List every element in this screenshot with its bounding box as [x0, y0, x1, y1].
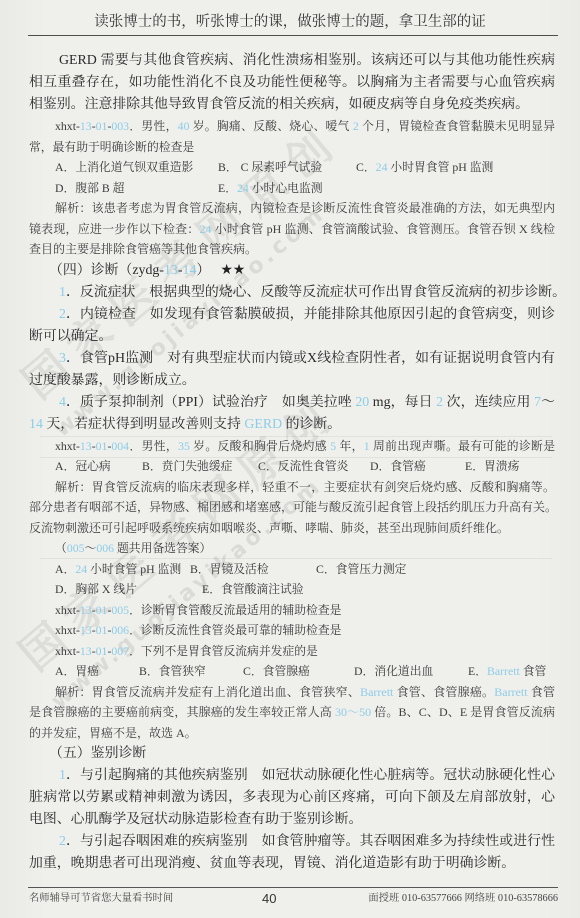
text-run: A．胃癌: [55, 664, 99, 678]
diagnosis-item: 1．反流症状 根据典型的烧心、反酸等反流症状可作出胃食管反流病的初步诊断。: [29, 282, 555, 304]
highlight-number: 1: [59, 768, 66, 783]
text-run: C．反流性食管炎: [258, 459, 348, 473]
question-stem: xhxt-13-01-006．诊断反流性食管炎最可靠的辅助检查是: [29, 620, 555, 641]
option-c: C．食管压力测定: [316, 559, 406, 580]
option-b: B．贲门失弛缓症: [142, 456, 232, 477]
differential-item: 2．与引起吞咽困难的疾病鉴别 如食管肿瘤等。其吞咽困难多为持续性或进行性: [29, 831, 555, 853]
analysis-line: 解析：胃食管反流病的临床表现多样，轻重不一，主要症状有剑突后烧灼感、反酸和胸痛等…: [29, 477, 555, 498]
text-run: ．内镜检查 如发现有食管黏膜破损，并能排除其他原因引起的食管病变，则诊: [66, 307, 555, 322]
text-run: xhxt-: [55, 623, 80, 637]
question-stem: 常，最有助于明确诊断的检查是: [29, 137, 555, 158]
section-heading-diagnosis: （四）诊断（zydg-13-14）★★: [29, 260, 555, 282]
text-run: ．与引起吞咽困难的疾病鉴别 如食管肿瘤等。其吞咽困难多为持续性或进行性: [66, 834, 555, 849]
highlight-number: 2: [59, 307, 66, 322]
differential-item-cont: 加重，晚期患者可出现消瘦、贫血等表现，胃镜、消化道造影有助于明确诊断。: [29, 853, 555, 875]
text-run: 小时心电监测: [249, 181, 323, 195]
text-run: B．贲门失弛缓症: [142, 459, 232, 473]
text-run: xhxt-: [55, 439, 80, 453]
text-run: 电图、心肌酶学及冠状动脉造影检查有助于鉴别诊断。: [29, 812, 362, 827]
text-run: 常，最有助于明确诊断的检查是: [29, 140, 194, 154]
option-e: E．Barrett 食管: [468, 661, 546, 682]
text-run: 次，连续应用: [443, 395, 534, 410]
footer-contact: 面授班 010-63577666 网络班 010-63578666: [368, 892, 558, 906]
diagnosis-item: 4．质子泵抑制剂（PPI）试验治疗 如奥美拉唑 20 mg，每日 2 次，连续应…: [29, 392, 555, 414]
highlight-number: Barrett: [494, 685, 527, 699]
footer-slogan: 名师辅导可节省您大量看书时间: [29, 892, 173, 906]
section-heading-text: （四）诊断（zydg-13-14）: [49, 263, 210, 278]
page-number: 40: [262, 891, 276, 906]
text-run: D．胸部 X 线片: [55, 582, 137, 596]
text-run: B．胃镜及活检: [190, 562, 269, 576]
text-run: 过度酸暴露，则诊断成立。: [29, 373, 196, 388]
text-run: ～: [85, 541, 97, 555]
option-e: E．24 小时心电监测: [218, 178, 323, 199]
highlight-number: 40: [178, 119, 190, 133]
text-run: 解析：该患者考虑为胃食管反流病，内镜检查是诊断反流性食管炎最准确的方法，如无典型…: [55, 201, 555, 215]
option-row: D．胸部 X 线片 E．食管酸滴注试验: [29, 579, 555, 600]
option-row: A．冠心病 B．贲门失弛缓症 C．反流性食管炎 D．食管癌 E．胃溃疡: [29, 456, 555, 477]
text-run: 周前出现声嘶。最有可能的诊断是: [370, 439, 555, 453]
shared-options-title: （005～006 题共用备选答案）: [29, 538, 555, 559]
text-run: ．质子泵抑制剂（PPI）试验治疗 如奥美拉唑: [66, 395, 355, 410]
text-run: xhxt-: [55, 644, 80, 658]
highlight-number: 01: [96, 119, 108, 133]
highlight-number: 7: [534, 395, 541, 410]
text-run: 岁。胸痛、反酸、烧心、嗳气: [189, 119, 352, 133]
analysis-line: 查目的主要是排除食管癌等其他食管疾病。: [29, 239, 555, 260]
text-run: 食管: [520, 664, 547, 678]
question-stem: xhxt-13-01-003．男性，40 岁。胸痛、反酸、烧心、嗳气 2 个月，…: [29, 116, 555, 137]
highlight-number: 01: [96, 623, 108, 637]
paragraph-line: 相鉴别。注意排除其他导致胃食管反流的相关疾病，如硬皮病等自身免疫类疾病。: [29, 94, 555, 116]
analysis-line: 反流物刺激还可引起呼吸系统疾病如咽喉炎、声嘶、哮喘、肺炎，甚至出现肺间质纤维化。: [29, 518, 555, 539]
diagnosis-item: 3．食管pH监测 对有典型症状而内镜或X线检查阴性者，如有证据说明食管内有: [29, 348, 555, 370]
text-run: B．食管狭窄: [139, 664, 206, 678]
highlight-number: 13: [80, 644, 92, 658]
text-run: D．腹部 B 超: [55, 181, 124, 195]
analysis-line: 镜表现，应进一步作以下检查：24 小时食管 pH 监测、食管滴酸试验、食管测压。…: [29, 219, 555, 240]
highlight-number: 24: [376, 160, 388, 174]
option-d: D．腹部 B 超: [55, 178, 124, 199]
option-row: A．24 小时食管 pH 监测 B．胃镜及活检 C．食管压力测定: [29, 559, 555, 580]
text-run: 断可以确定。: [29, 329, 112, 344]
highlight-number: 005: [67, 541, 85, 555]
highlight-number: 24: [75, 562, 87, 576]
analysis-line: 解析：该患者考虑为胃食管反流病，内镜检查是诊断反流性食管炎最准确的方法，如无典型…: [29, 198, 555, 219]
text-run: ．反流症状 根据典型的烧心、反酸等反流症状可作出胃食管反流病的初步诊断。: [66, 285, 566, 300]
option-b: B．食管狭窄: [139, 661, 206, 682]
text-run: 个月，胃镜检查食管黏膜未见明显异: [359, 119, 555, 133]
option-b: B．胃镜及活检: [190, 559, 269, 580]
text-run: ．诊断胃食管酸反流最适用的辅助检查是: [129, 603, 341, 617]
text-run: 是食管腺癌的主要癌前病变，其腺癌的发生率较正常人高: [29, 705, 335, 719]
option-e: E．食管酸滴注试验: [202, 579, 304, 600]
highlight-number: 13: [80, 439, 92, 453]
highlight-number: 20: [355, 395, 369, 410]
option-a: A．胃癌: [55, 661, 99, 682]
highlight-number: 003: [111, 119, 129, 133]
text-run: B．: [218, 160, 238, 174]
text-run: 查目的主要是排除食管癌等其他食管疾病。: [29, 242, 257, 256]
text-run: 倍。B、C、D、E 是胃食管反流病: [371, 705, 555, 719]
text-run: 脏病常以劳累或精神刺激为诱因，多表现为心前区疼痛，可向下颌及左肩部放射，心: [29, 790, 555, 805]
analysis-line: 的并发症，胃癌不是，故选 A。: [29, 723, 555, 744]
highlight-number: 006: [111, 623, 129, 637]
highlight-number: 13: [164, 263, 178, 278]
option-c: C．食管腺癌: [243, 661, 310, 682]
footer-rule: [28, 887, 558, 888]
analysis-line: 解析：胃食管反流病并发症有上消化道出血、食管狭窄、Barrett 食管、食管腺癌…: [29, 682, 555, 703]
highlight-number: 24: [237, 181, 249, 195]
question-stem: xhxt-13-01-005．诊断胃食管酸反流最适用的辅助检查是: [29, 600, 555, 621]
text-run: xhxt-: [55, 603, 80, 617]
text-run: E．食管酸滴注试验: [202, 582, 304, 596]
diagnosis-item-cont: 14 天，若症状得到明显改善则支持 GERD 的诊断。: [29, 414, 555, 436]
diagnosis-item-cont: 断可以确定。: [29, 326, 555, 348]
question-stem: xhxt-13-01-007．下列不是胃食管反流病并发症的是: [29, 641, 555, 662]
highlight-number: 13: [80, 119, 92, 133]
highlight-number: 4: [59, 395, 66, 410]
text-run: （: [55, 541, 67, 555]
differential-item-cont: 脏病常以劳累或精神刺激为诱因，多表现为心前区疼痛，可向下颌及左肩部放射，心: [29, 787, 555, 809]
page-body: GERD 需要与其他食管疾病、消化性溃疡相鉴别。该病还可以与其他功能性疾病 相互…: [29, 50, 555, 875]
text-run: 镜表现，应进一步作以下检查：: [29, 222, 200, 236]
text-run: 的诊断。: [282, 417, 341, 432]
highlight-number: 13: [80, 603, 92, 617]
option-row: A．上消化道气钡双重造影 B． C 尿素呼气试验 C．24 小时胃食管 pH 监…: [29, 157, 555, 178]
text-run: D．食管癌: [370, 459, 426, 473]
option-b: B． C 尿素呼气试验: [218, 157, 322, 178]
analysis-line: 是食管腺癌的主要癌前病变，其腺癌的发生率较正常人高 30～50 倍。B、C、D、…: [29, 702, 555, 723]
diagnosis-item: 2．内镜检查 如发现有食管黏膜破损，并能排除其他原因引起的食管病变，则诊: [29, 304, 555, 326]
text-run: 加重，晚期患者可出现消瘦、贫血等表现，胃镜、消化道造影有助于明确诊断。: [29, 856, 515, 871]
highlight-number: 13: [80, 623, 92, 637]
option-c: C．反流性食管炎: [258, 456, 348, 477]
text-run: 食管: [528, 685, 555, 699]
text-run: D．消化道出血: [354, 664, 433, 678]
text-run: 天，若症状得到明显改善则支持: [43, 417, 244, 432]
highlight-number: Barrett: [360, 685, 393, 699]
highlight-number: 24: [200, 222, 212, 236]
highlight-number: 005: [111, 603, 129, 617]
text-run: 小时食管 pH 监测、食管滴酸试验、食管测压。食管吞钡 X 线检: [212, 222, 556, 236]
text-run: C．食管腺癌: [243, 664, 310, 678]
text-run: E．胃溃疡: [465, 459, 519, 473]
text-run: ．下列不是胃食管反流病并发症的是: [129, 644, 318, 658]
section-heading-differential: （五）鉴别诊断: [29, 743, 555, 765]
diagnosis-item-cont: 过度酸暴露，则诊断成立。: [29, 370, 555, 392]
differential-item-cont: 电图、心肌酶学及冠状动脉造影检查有助于鉴别诊断。: [29, 809, 555, 831]
analysis-line: 部分患者有咽部不适，异物感、棉团感和堵塞感，可能与酸反流引起食管上段括约肌压力升…: [29, 497, 555, 518]
highlight-number: Barrett: [487, 664, 520, 678]
highlight-number: 30～50: [335, 705, 371, 719]
text-run: 解析：胃食管反流病并发症有上消化道出血、食管狭窄、: [55, 685, 360, 699]
option-d: D．消化道出血: [354, 661, 433, 682]
highlight-number: 004: [111, 439, 129, 453]
option-row: A．胃癌 B．食管狭窄 C．食管腺癌 D．消化道出血 E．Barrett 食管: [29, 661, 555, 682]
text-run: ．诊断反流性食管炎最可靠的辅助检查是: [129, 623, 341, 637]
highlight-number: 3: [59, 351, 66, 366]
text-run: 题共用备选答案）: [114, 541, 211, 555]
text-run: ．与引起胸痛的其他疾病鉴别 如冠状动脉硬化性心脏病等。冠状动脉硬化性心: [66, 768, 555, 783]
text-run: ．男性，: [129, 439, 178, 453]
differential-item: 1．与引起胸痛的其他疾病鉴别 如冠状动脉硬化性心脏病等。冠状动脉硬化性心: [29, 765, 555, 787]
paragraph-line: GERD 需要与其他食管疾病、消化性溃疡相鉴别。该病还可以与其他功能性疾病: [29, 50, 555, 72]
option-row: D．腹部 B 超 E．24 小时心电监测: [29, 178, 555, 199]
option-d: D．食管癌: [370, 456, 426, 477]
text-run: ）: [196, 263, 210, 278]
text-run: ．男性，: [129, 119, 178, 133]
highlight-number: 01: [96, 439, 108, 453]
paragraph-line: 相互重叠存在，如功能性消化不良及功能性便秘等。以胸痛为主者需要与心血管疾病: [29, 72, 555, 94]
text-run: E．: [468, 664, 487, 678]
option-a: A．24 小时食管 pH 监测: [55, 559, 181, 580]
text-run: A．上消化道气钡双重造影: [55, 160, 193, 174]
highlight-number: 14: [183, 263, 197, 278]
running-header: 读张博士的书，听张博士的课，做张博士的题，拿卫生部的证: [0, 12, 580, 32]
highlight-number: GERD: [244, 417, 282, 432]
text-run: C．: [356, 160, 376, 174]
text-run: 小时胃食管 pH 监测: [387, 160, 493, 174]
highlight-number: 01: [96, 644, 108, 658]
highlight-number: 007: [111, 644, 129, 658]
text-run: C．食管压力测定: [316, 562, 406, 576]
option-c: C．24 小时胃食管 pH 监测: [356, 157, 493, 178]
text-run: 食管、食管腺癌。: [393, 685, 494, 699]
text-run: 年，: [336, 439, 364, 453]
text-run: C 尿素呼气试验: [238, 160, 323, 174]
question-stem: xhxt-13-01-004．男性，35 岁。反酸和胸骨后烧灼感 5 年，1 周…: [29, 436, 555, 457]
text-run: ～: [541, 395, 555, 410]
highlight-number: 35: [178, 439, 190, 453]
text-run: A．冠心病: [55, 459, 111, 473]
option-d: D．胸部 X 线片: [55, 579, 137, 600]
highlight-number: 2: [59, 834, 66, 849]
text-run: ．食管pH监测 对有典型症状而内镜或X线检查阴性者，如有证据说明食管内有: [66, 351, 555, 366]
text-run: xhxt-: [55, 119, 80, 133]
option-e: E．胃溃疡: [465, 456, 519, 477]
option-a: A．上消化道气钡双重造影: [55, 157, 193, 178]
importance-stars-icon: ★★: [220, 263, 245, 278]
text-run: 岁。反酸和胸骨后烧灼感: [190, 439, 330, 453]
text-run: 小时食管 pH 监测: [87, 562, 181, 576]
highlight-number: 01: [96, 603, 108, 617]
highlight-number: 1: [59, 285, 66, 300]
text-run: mg，每日: [369, 395, 436, 410]
text-run: A．: [55, 562, 75, 576]
text-run: （四）诊断（zydg-: [49, 263, 164, 278]
highlight-number: 14: [29, 417, 43, 432]
option-a: A．冠心病: [55, 456, 111, 477]
text-run: E．: [218, 181, 237, 195]
header-rule: [28, 35, 558, 36]
highlight-number: 006: [96, 541, 114, 555]
text-run: 的并发症，胃癌不是，故选 A。: [29, 726, 197, 740]
